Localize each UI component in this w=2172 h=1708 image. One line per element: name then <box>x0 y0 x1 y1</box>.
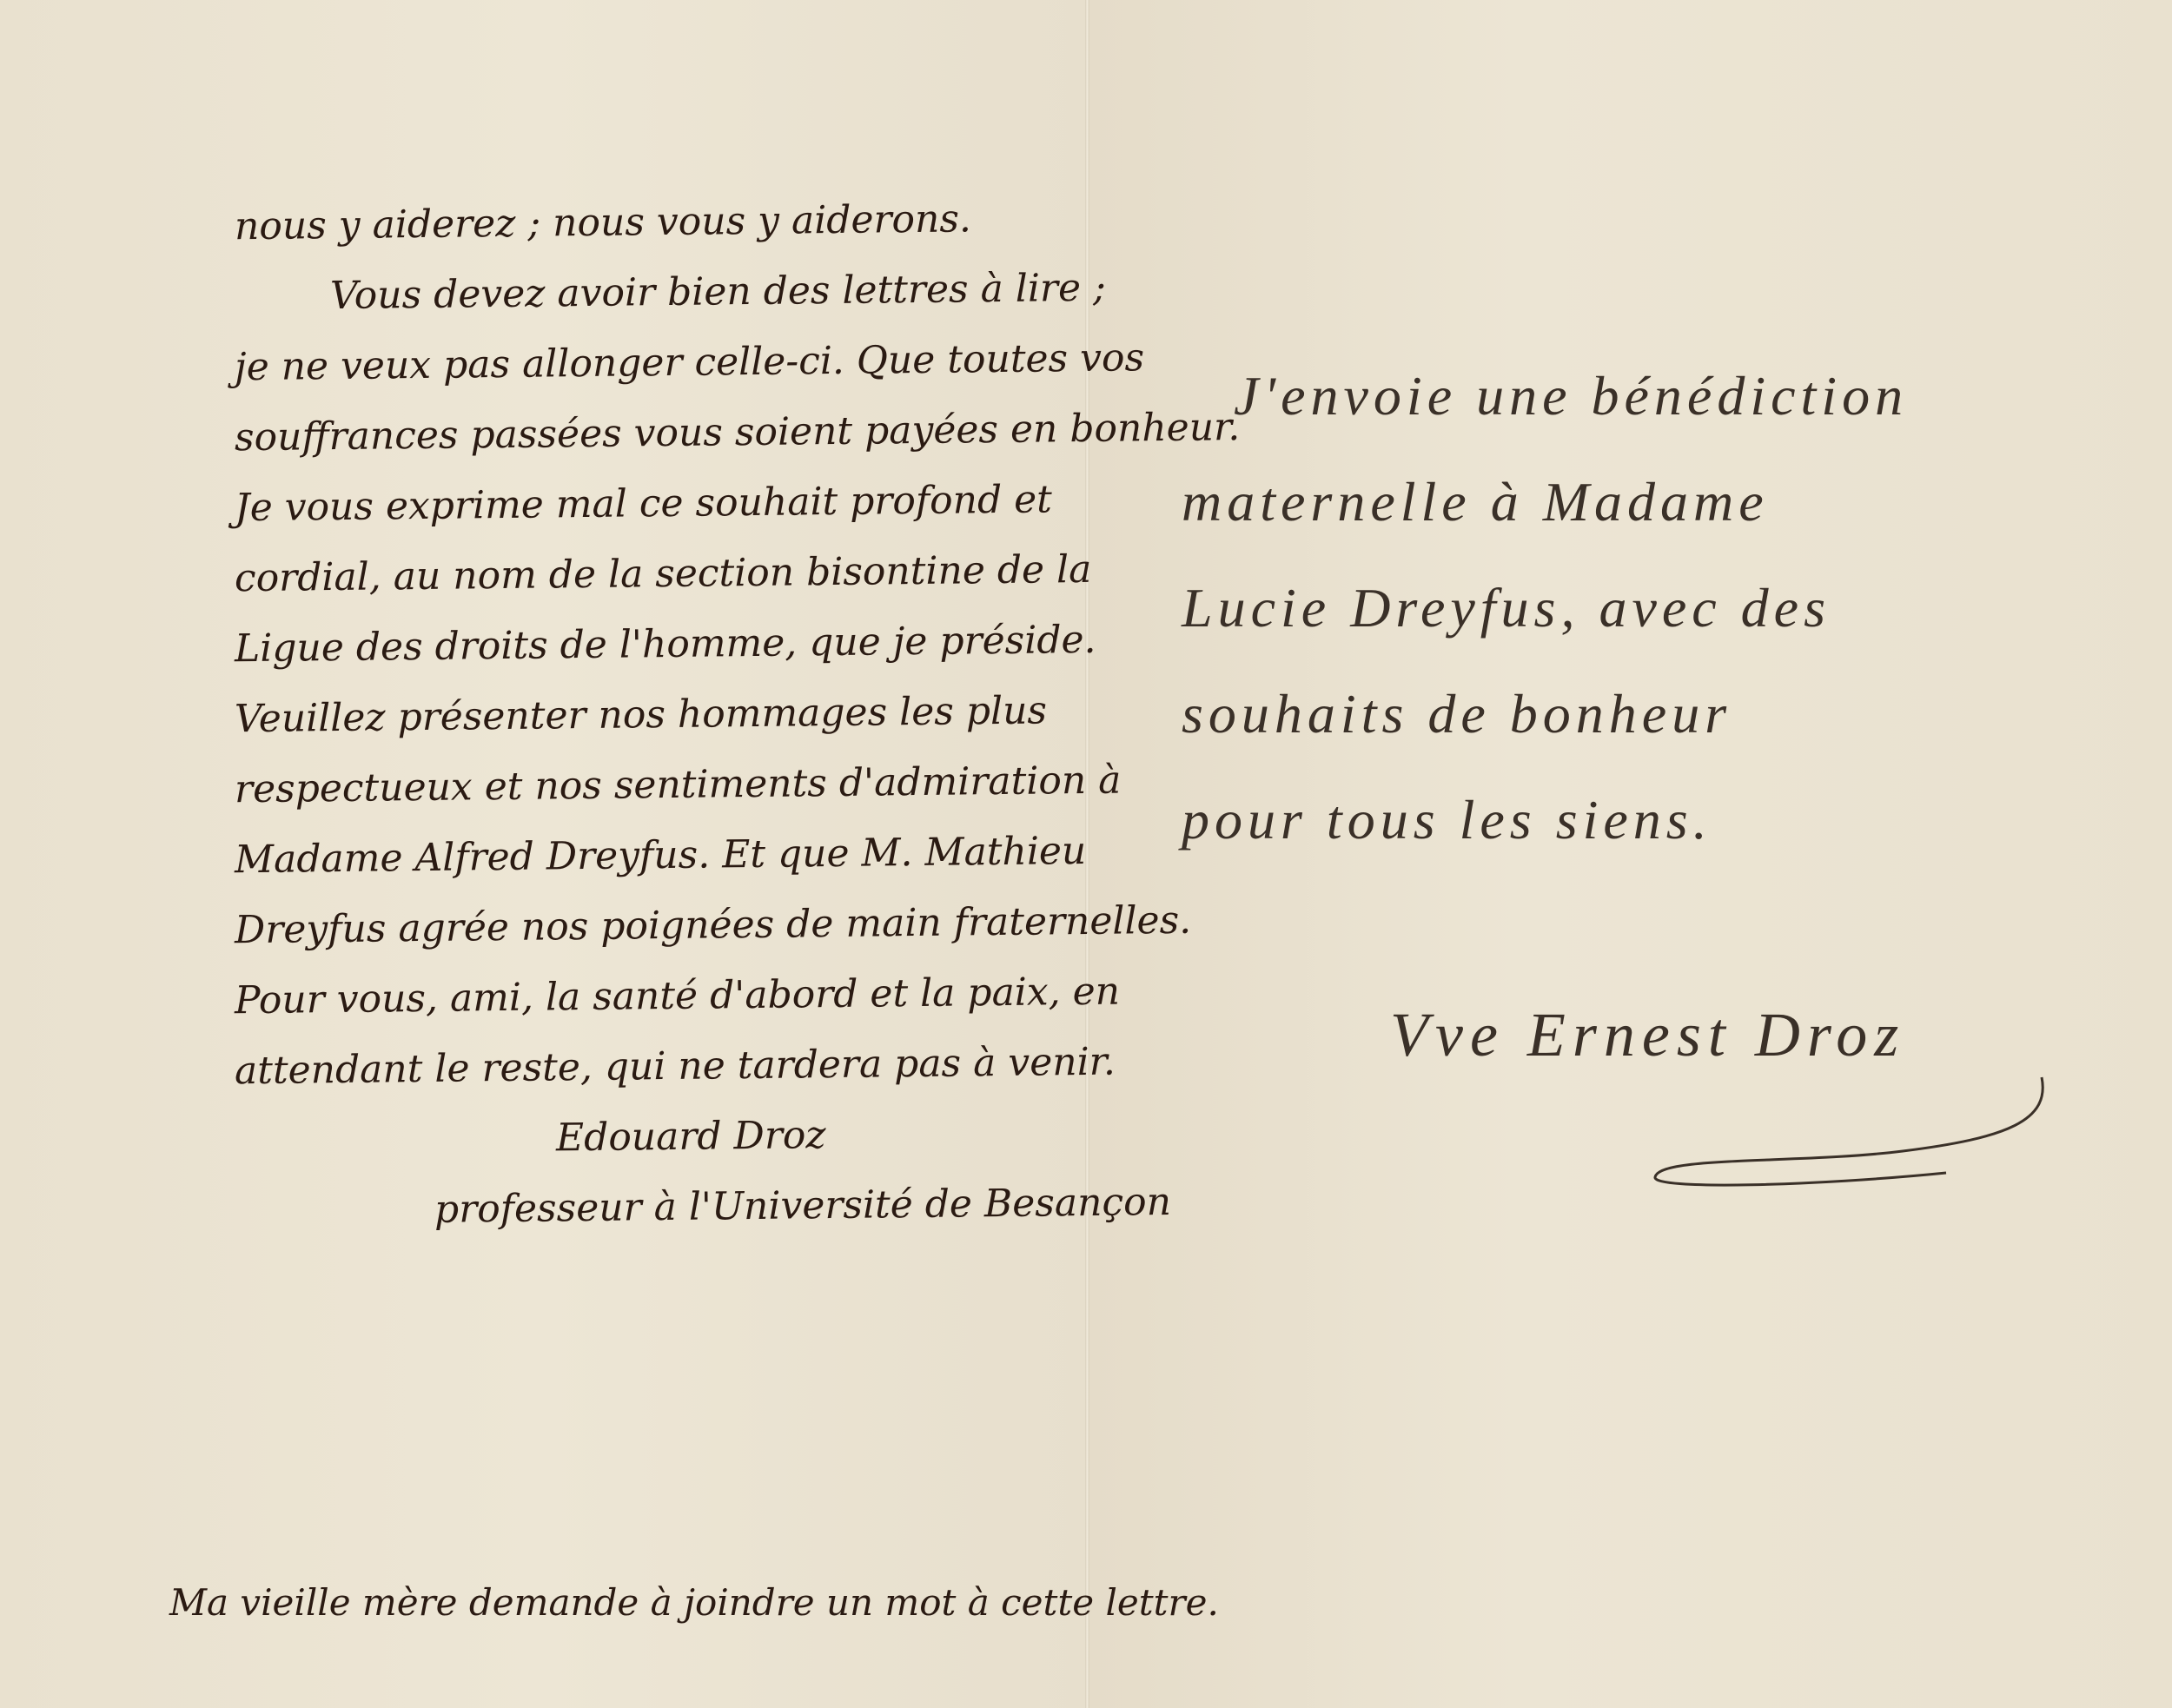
blessing-line: pour tous les siens. <box>1182 767 2137 873</box>
blessing-line: maternelle à Madame <box>1182 449 2137 555</box>
letter-line: Vous devez avoir bien des lettres à lire… <box>235 253 1104 332</box>
letter-line: Ligue des droits de l'homme, que je prés… <box>235 605 1104 684</box>
signature-title: professeur à l'Université de Besançon <box>235 1168 1104 1247</box>
postscript: Ma vieille mère demande à joindre un mot… <box>169 1581 1219 1624</box>
letter-line: je ne veux pas allonger celle-ci. Que to… <box>235 323 1104 402</box>
letter-line: Je vous exprime mal ce souhait profond e… <box>235 464 1104 543</box>
letter-line: Pour vous, ami, la santé d'abord et la p… <box>235 957 1104 1036</box>
right-page-text: J'envoie une bénédiction maternelle à Ma… <box>1182 343 2137 873</box>
letter-line: Madame Alfred Dreyfus. Et que M. Mathieu <box>235 816 1104 895</box>
letter-line: nous y aiderez ; nous vous y aiderons. <box>235 182 1104 261</box>
letter-line: cordial, au nom de la section bisontine … <box>235 534 1104 613</box>
left-page-text: nous y aiderez ; nous vous y aiderons. V… <box>235 187 1103 1242</box>
blessing-line: Lucie Dreyfus, avec des <box>1182 555 2137 661</box>
blessing-line: J'envoie une bénédiction <box>1182 343 2137 449</box>
blessing-line: souhaits de bonheur <box>1182 661 2137 767</box>
signature: Edouard Droz <box>235 1097 1104 1176</box>
letter-line: respectueux et nos sentiments d'admirati… <box>235 745 1104 824</box>
signature-flourish-icon <box>1642 1069 2059 1190</box>
letter-line: attendant le reste, qui ne tardera pas à… <box>235 1027 1104 1106</box>
letter-line: souffrances passées vous soient payées e… <box>235 394 1104 473</box>
letter-line: Veuillez présenter nos hommages les plus <box>235 675 1104 754</box>
right-signature: Vve Ernest Droz <box>1390 999 1905 1071</box>
letter-line: Dreyfus agrée nos poignées de main frate… <box>235 886 1104 965</box>
